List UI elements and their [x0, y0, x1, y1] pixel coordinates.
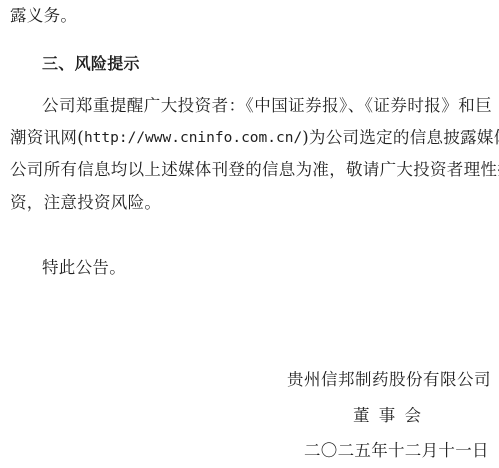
signature-company: 贵州信邦制药股份有限公司: [287, 370, 491, 390]
cninfo-url-link[interactable]: http://www.cninfo.com.cn/: [84, 128, 302, 148]
paragraph-line-2-prefix: 潮资讯网(: [10, 128, 84, 148]
paragraph-line-3: 公司所有信息均以上述媒体刊登的信息为准，敬请广大投资者理性投: [10, 160, 492, 180]
paragraph-line-4: 资，注意投资风险。: [10, 193, 161, 213]
closing-text: 特此公告。: [42, 258, 126, 278]
paragraph-line-2-suffix: )为公司选定的信息披露媒体，: [302, 128, 499, 148]
paragraph-line-2: 潮资讯网(http://www.cninfo.com.cn/)为公司选定的信息披…: [10, 128, 492, 148]
section-heading: 三、风险提示: [42, 54, 140, 74]
paragraph-line-1: 公司郑重提醒广大投资者：《中国证券报》、《证券时报》和巨: [42, 96, 492, 116]
signature-date: 二〇二五年十二月十一日: [304, 441, 489, 461]
continuation-text: 露义务。: [10, 6, 77, 26]
signature-board: 董 事 会: [353, 406, 423, 426]
